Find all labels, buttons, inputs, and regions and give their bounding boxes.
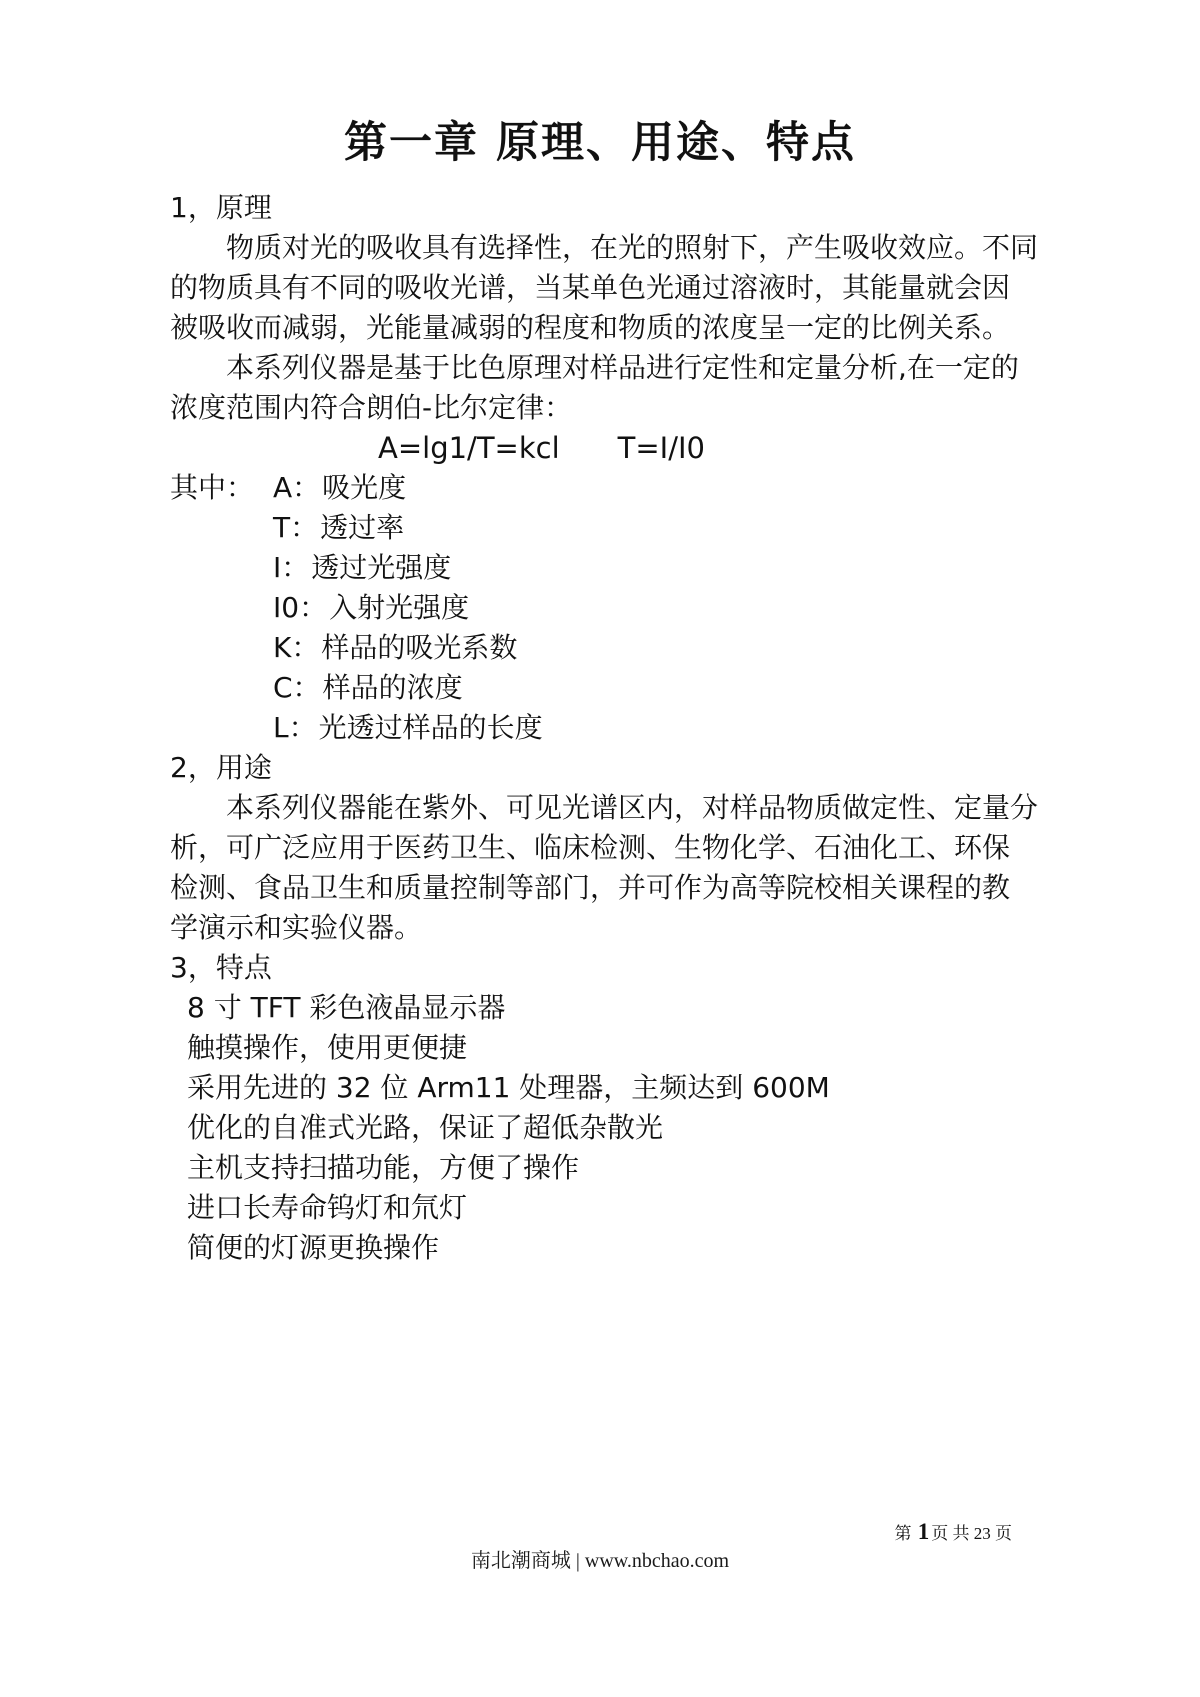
paragraph-line: 析，可广泛应用于医药卫生、临床检测、生物化学、石油化工、环保 xyxy=(170,828,1040,868)
feature-item: 8 寸 TFT 彩色液晶显示器 xyxy=(170,988,1040,1028)
definition-row: C：样品的浓度 xyxy=(170,668,1040,708)
feature-item: 优化的自准式光路，保证了超低杂散光 xyxy=(170,1108,1040,1148)
page-title: 第一章 原理、用途、特点 xyxy=(0,0,1200,174)
definition-term: L： xyxy=(273,711,317,744)
feature-item: 采用先进的 32 位 Arm11 处理器，主频达到 600M xyxy=(170,1068,1040,1108)
site-footer: 南北潮商城 | www.nbchao.com xyxy=(0,1544,1200,1573)
definition-term: C： xyxy=(273,671,321,704)
formula-transmittance: T=I/I0 xyxy=(618,431,705,465)
document-page: 第一章 原理、用途、特点 1，原理 物质对光的吸收具有选择性，在光的照射下，产生… xyxy=(0,0,1200,1697)
paragraph-line: 的物质具有不同的吸收光谱，当某单色光通过溶液时，其能量就会因 xyxy=(170,268,1040,308)
definition-row: T：透过率 xyxy=(170,508,1040,548)
total-page-number: 23 xyxy=(974,1524,991,1543)
page-number-mid: 页 共 xyxy=(931,1524,969,1543)
definition-term: T： xyxy=(273,511,318,544)
section2-heading: 2，用途 xyxy=(170,748,1040,788)
paragraph-line: 检测、食品卫生和质量控制等部门，并可作为高等院校相关课程的教 xyxy=(170,868,1040,908)
paragraph-line: 本系列仪器是基于比色原理对样品进行定性和定量分析,在一定的 xyxy=(170,348,1040,388)
definition-desc: 透过光强度 xyxy=(311,551,451,584)
feature-item: 进口长寿命钨灯和氘灯 xyxy=(170,1188,1040,1228)
paragraph-line: 学演示和实验仪器。 xyxy=(170,908,1040,948)
page-number-footer: 第 1页 共 23 页 xyxy=(895,1519,1013,1545)
definition-term: A： xyxy=(273,471,320,504)
formula-absorbance: A=lg1/T=kcl xyxy=(378,428,560,468)
feature-item: 简便的灯源更换操作 xyxy=(170,1228,1040,1268)
definition-desc: 透过率 xyxy=(320,511,404,544)
definition-desc: 吸光度 xyxy=(322,471,406,504)
definition-row: K：样品的吸光系数 xyxy=(170,628,1040,668)
definition-row: L：光透过样品的长度 xyxy=(170,708,1040,748)
definition-desc: 入射光强度 xyxy=(329,591,469,624)
paragraph-line: 物质对光的吸收具有选择性，在光的照射下，产生吸收效应。不同 xyxy=(170,228,1040,268)
definition-desc: 样品的吸光系数 xyxy=(321,631,517,664)
current-page-number: 1 xyxy=(916,1519,932,1544)
definition-term: I0： xyxy=(273,591,327,624)
section1-heading: 1，原理 xyxy=(170,188,1040,228)
definitions-intro: 其中： xyxy=(170,468,254,508)
definition-desc: 光透过样品的长度 xyxy=(319,711,543,744)
definition-term: I： xyxy=(273,551,309,584)
feature-item: 主机支持扫描功能，方便了操作 xyxy=(170,1148,1040,1188)
definition-row: I0：入射光强度 xyxy=(170,588,1040,628)
paragraph-line: 浓度范围内符合朗伯-比尔定律： xyxy=(170,388,1040,428)
section3-heading: 3，特点 xyxy=(170,948,1040,988)
definition-desc: 样品的浓度 xyxy=(323,671,463,704)
document-body: 1，原理 物质对光的吸收具有选择性，在光的照射下，产生吸收效应。不同 的物质具有… xyxy=(170,188,1040,1268)
beer-lambert-formula: A=lg1/T=kclT=I/I0 xyxy=(170,428,1040,468)
paragraph-line: 被吸收而减弱，光能量减弱的程度和物质的浓度呈一定的比例关系。 xyxy=(170,308,1040,348)
feature-item: 触摸操作，使用更便捷 xyxy=(170,1028,1040,1068)
paragraph-line: 本系列仪器能在紫外、可见光谱区内，对样品物质做定性、定量分 xyxy=(170,788,1040,828)
definition-row: 其中： A：吸光度 xyxy=(170,468,1040,508)
definition-row: I：透过光强度 xyxy=(170,548,1040,588)
definition-term: K： xyxy=(273,631,319,664)
page-number-prefix: 第 xyxy=(895,1524,912,1543)
page-number-suffix: 页 xyxy=(995,1524,1012,1543)
